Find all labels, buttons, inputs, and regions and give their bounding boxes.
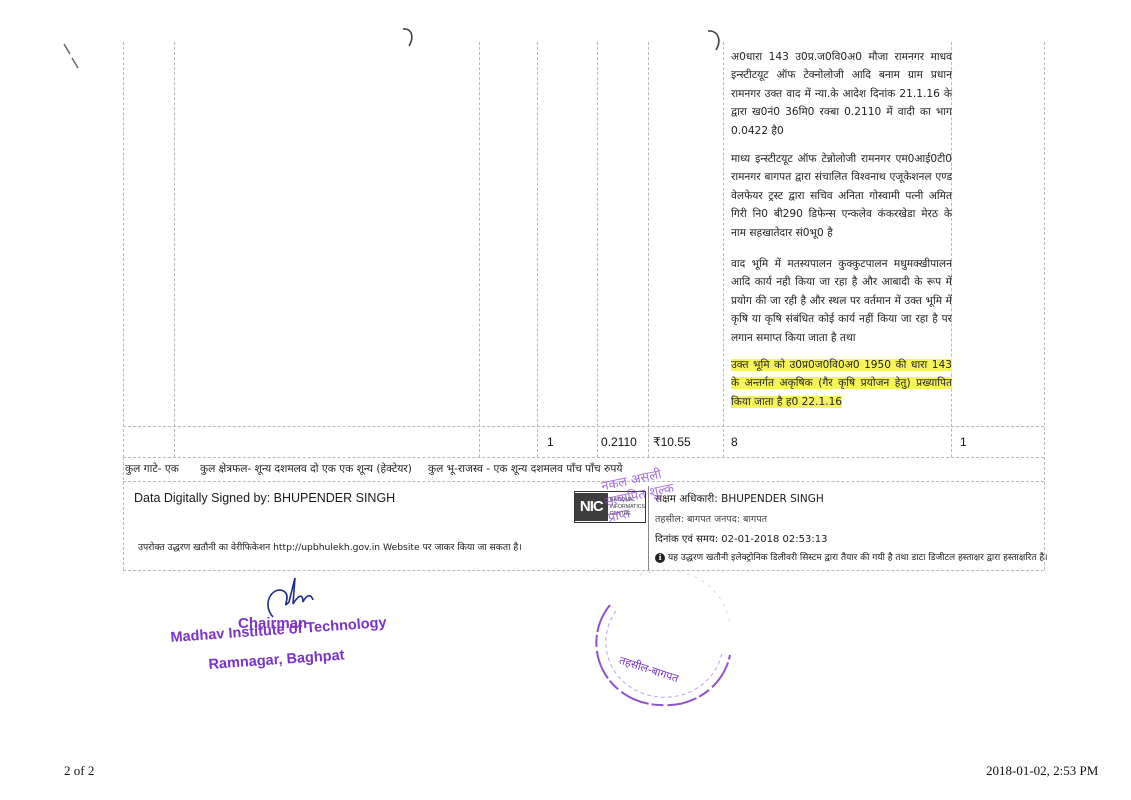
table-col-divider — [174, 42, 175, 457]
summary-border-left — [123, 457, 124, 570]
scan-mark — [60, 42, 90, 72]
punch-hole-mark — [702, 28, 726, 54]
punch-hole-mark — [395, 26, 419, 52]
info-note-text: यह उद्धरण खतौनी इलेक्ट्रोनिक डिलीवरी सिस… — [668, 553, 1048, 563]
table-border-right — [1044, 42, 1045, 570]
info-note: ℹयह उद्धरण खतौनी इलेक्ट्रोनिक डिलीवरी सि… — [655, 550, 1048, 563]
totals-row-top — [123, 426, 1044, 427]
verification-note: उपरोक्त उद्धरण खतौनी का वेरीफिकेशन http:… — [138, 540, 522, 553]
info-icon: ℹ — [655, 553, 665, 563]
remark-paragraph-1: अ0धारा 143 उ0प्र.ज0वि0अ0 मौजा रामनगर माध… — [731, 48, 952, 140]
summary-total-revenue: कुल भू-राजस्व - एक शून्य दशमलव पाँच पाँच… — [428, 462, 622, 476]
remark-paragraph-4-highlighted: उक्त भूमि को उ0प्र0ज0वि0अ0 1950 की धारा … — [731, 356, 952, 411]
remark-paragraph-2: माध्य इन्स्टीटयूट ऑफ टेन्नोलोजी रामनगर ए… — [731, 150, 952, 242]
digitally-signed-by: Data Digitally Signed by: BHUPENDER SING… — [134, 491, 395, 505]
table-col-divider — [537, 42, 538, 457]
table-col-divider — [479, 42, 480, 457]
print-timestamp: 2018-01-02, 2:53 PM — [986, 763, 1098, 779]
table-border-left — [123, 42, 124, 457]
summary-row-bottom — [123, 481, 1044, 482]
circular-seal — [580, 565, 740, 715]
tehsil-district: तहसील: बागपत जनपद: बागपत — [655, 512, 767, 525]
summary-total-plots: कुल गाटे- एक — [125, 462, 179, 476]
stamp-location: Ramnagar, Baghpat — [208, 648, 345, 673]
table-col-divider — [648, 42, 649, 457]
remark-paragraph-3: वाद भूमि में मतस्यपालन कुक्कुटपालन मधुमक… — [731, 255, 952, 347]
summary-total-area: कुल क्षेत्रफल- शून्य दशमलव दो एक एक शून्… — [200, 462, 412, 476]
totals-count: 1 — [547, 435, 554, 449]
table-col-divider — [597, 42, 598, 457]
totals-row-bottom — [123, 457, 1044, 458]
highlighted-text: उक्त भूमि को उ0प्र0ज0वि0अ0 1950 की धारा … — [731, 359, 952, 408]
table-col-divider — [723, 42, 724, 457]
totals-revenue: ₹10.55 — [653, 435, 691, 449]
page-number: 2 of 2 — [64, 763, 94, 779]
totals-code: 8 — [731, 435, 738, 449]
signing-datetime: दिनांक एवं समय: 02-01-2018 02:53:13 — [655, 531, 827, 545]
totals-last: 1 — [960, 435, 967, 449]
totals-area: 0.2110 — [601, 435, 637, 449]
